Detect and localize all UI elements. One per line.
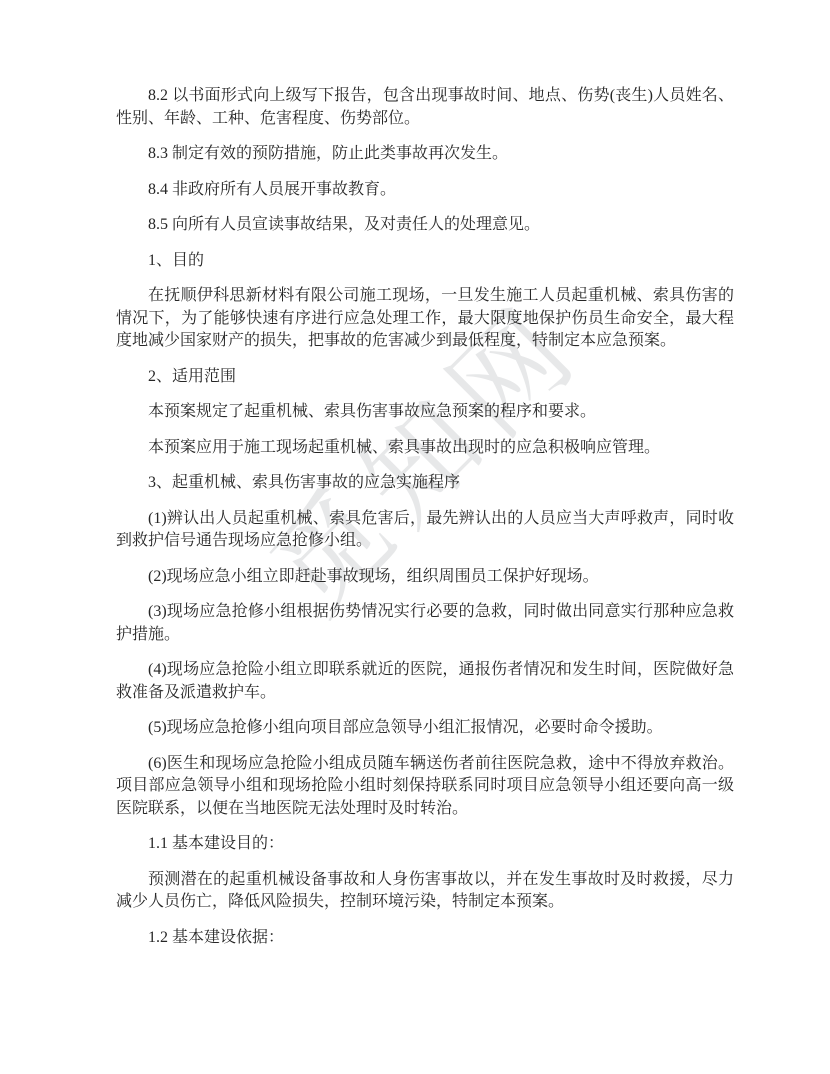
paragraph-step-2: (2)现场应急小组立即赶赴事故现场，组织周围员工保护好现场。 (116, 566, 734, 589)
heading-3-procedures: 3、起重机械、索具伤害事故的应急实施程序 (116, 472, 734, 495)
paragraph-scope-1: 本预案规定了起重机械、索具伤害事故应急预案的程序和要求。 (116, 401, 734, 424)
paragraph-scope-2: 本预案应用于施工现场起重机械、索具事故出现时的应急积极响应管理。 (116, 437, 734, 460)
paragraph-8-4: 8.4 非政府所有人员展开事故教育。 (116, 179, 734, 202)
paragraph-step-3: (3)现场应急抢修小组根据伤势情况实行必要的急救，同时做出同意实行那种应急救护措… (116, 601, 734, 646)
document-page: 觅知网 8.2 以书面形式向上级写下报告，包含出现事故时间、地点、伤势(丧生)人… (0, 0, 830, 1074)
heading-1-2-basis: 1.2 基本建设依据： (116, 927, 734, 950)
paragraph-objective-body: 预测潜在的起重机械设备事故和人身伤害事故以，并在发生事故时及时救援，尽力减少人员… (116, 869, 734, 914)
document-content: 8.2 以书面形式向上级写下报告，包含出现事故时间、地点、伤势(丧生)人员姓名、… (116, 85, 734, 962)
paragraph-step-5: (5)现场应急抢修小组向项目部应急领导小组汇报情况，必要时命令援助。 (116, 717, 734, 740)
heading-2-scope: 2、适用范围 (116, 366, 734, 389)
paragraph-step-1: (1)辨认出人员起重机械、索具危害后，最先辨认出的人员应当大声呼救声，同时收到救… (116, 508, 734, 553)
paragraph-8-3: 8.3 制定有效的预防措施，防止此类事故再次发生。 (116, 143, 734, 166)
paragraph-purpose-body: 在抚顺伊科思新材料有限公司施工现场，一旦发生施工人员起重机械、索具伤害的情况下，… (116, 285, 734, 353)
paragraph-step-6: (6)医生和现场应急抢险小组成员随车辆送伤者前往医院急救，途中不得放弃救治。项目… (116, 753, 734, 821)
paragraph-8-5: 8.5 向所有人员宣读事故结果，及对责任人的处理意见。 (116, 214, 734, 237)
paragraph-8-2: 8.2 以书面形式向上级写下报告，包含出现事故时间、地点、伤势(丧生)人员姓名、… (116, 85, 734, 130)
heading-1-purpose: 1、目的 (116, 250, 734, 273)
heading-1-1-objective: 1.1 基本建设目的： (116, 833, 734, 856)
paragraph-step-4: (4)现场应急抢险小组立即联系就近的医院，通报伤者情况和发生时间，医院做好急救准… (116, 659, 734, 704)
